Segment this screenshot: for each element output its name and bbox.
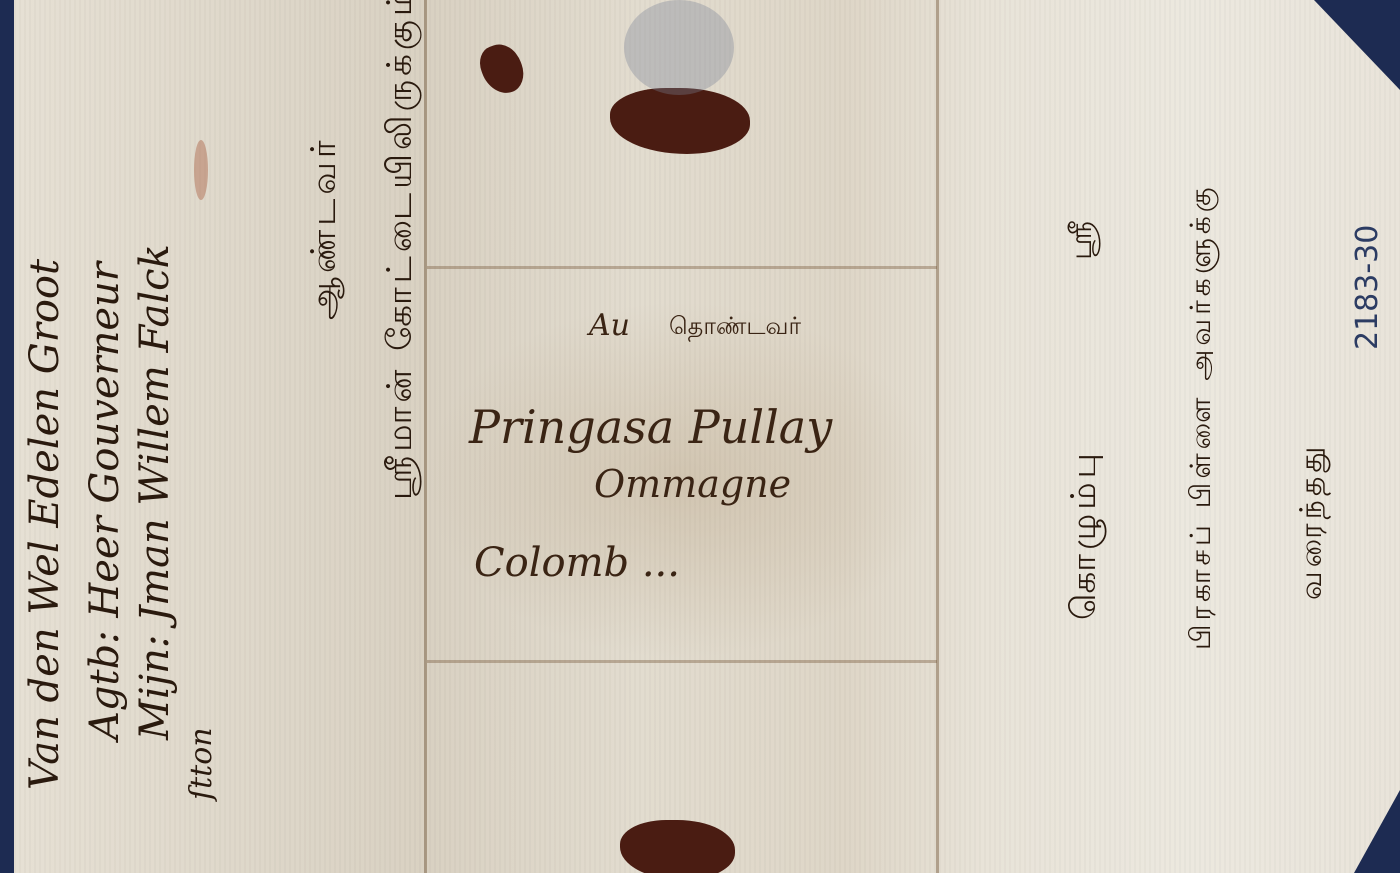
address-line-1: Van den Wel Edelen Groot [22,259,68,790]
recipient-name: Pringasa Pullay [469,400,832,454]
signature-mid: Ommagne [594,462,791,506]
address-line-3: Mijn: Jman Willem Falck [132,244,178,740]
fold-line-left [424,0,427,873]
right-tamil-3: பிரகாசப் பிள்ளை அவர்களுக்கு [1184,184,1221,650]
tamil-address-line-b: ஆண்டவர் [304,136,348,320]
archive-number: 2183-30 [1350,225,1385,350]
address-line-4: ſtton [184,727,219,800]
signature-bottom: Colomb ... [474,540,680,586]
red-stain [194,140,208,200]
wax-seal-bottom [620,820,735,873]
letter-paper: Van den Wel Edelen Groot Agtb: Heer Gouv… [14,0,1400,873]
center-tamil: தொண்டவர் [669,312,801,343]
fold-line-top [427,266,937,269]
center-au: Au [589,308,630,343]
seal-residue [624,0,734,95]
right-tamil-4: வரைந்தது [1294,443,1333,600]
tamil-address-line-a: ஸ்ரீமான் கோட்டையிலிருக்கும் [380,0,424,500]
address-line-2: Agtb: Heer Gouverneur [82,262,128,740]
fold-line-right [936,0,939,873]
right-tamil-1: ஸ்ரீ [1064,217,1103,260]
right-tamil-2: கொழும்பு [1064,449,1108,620]
fold-line-bottom [427,660,937,663]
